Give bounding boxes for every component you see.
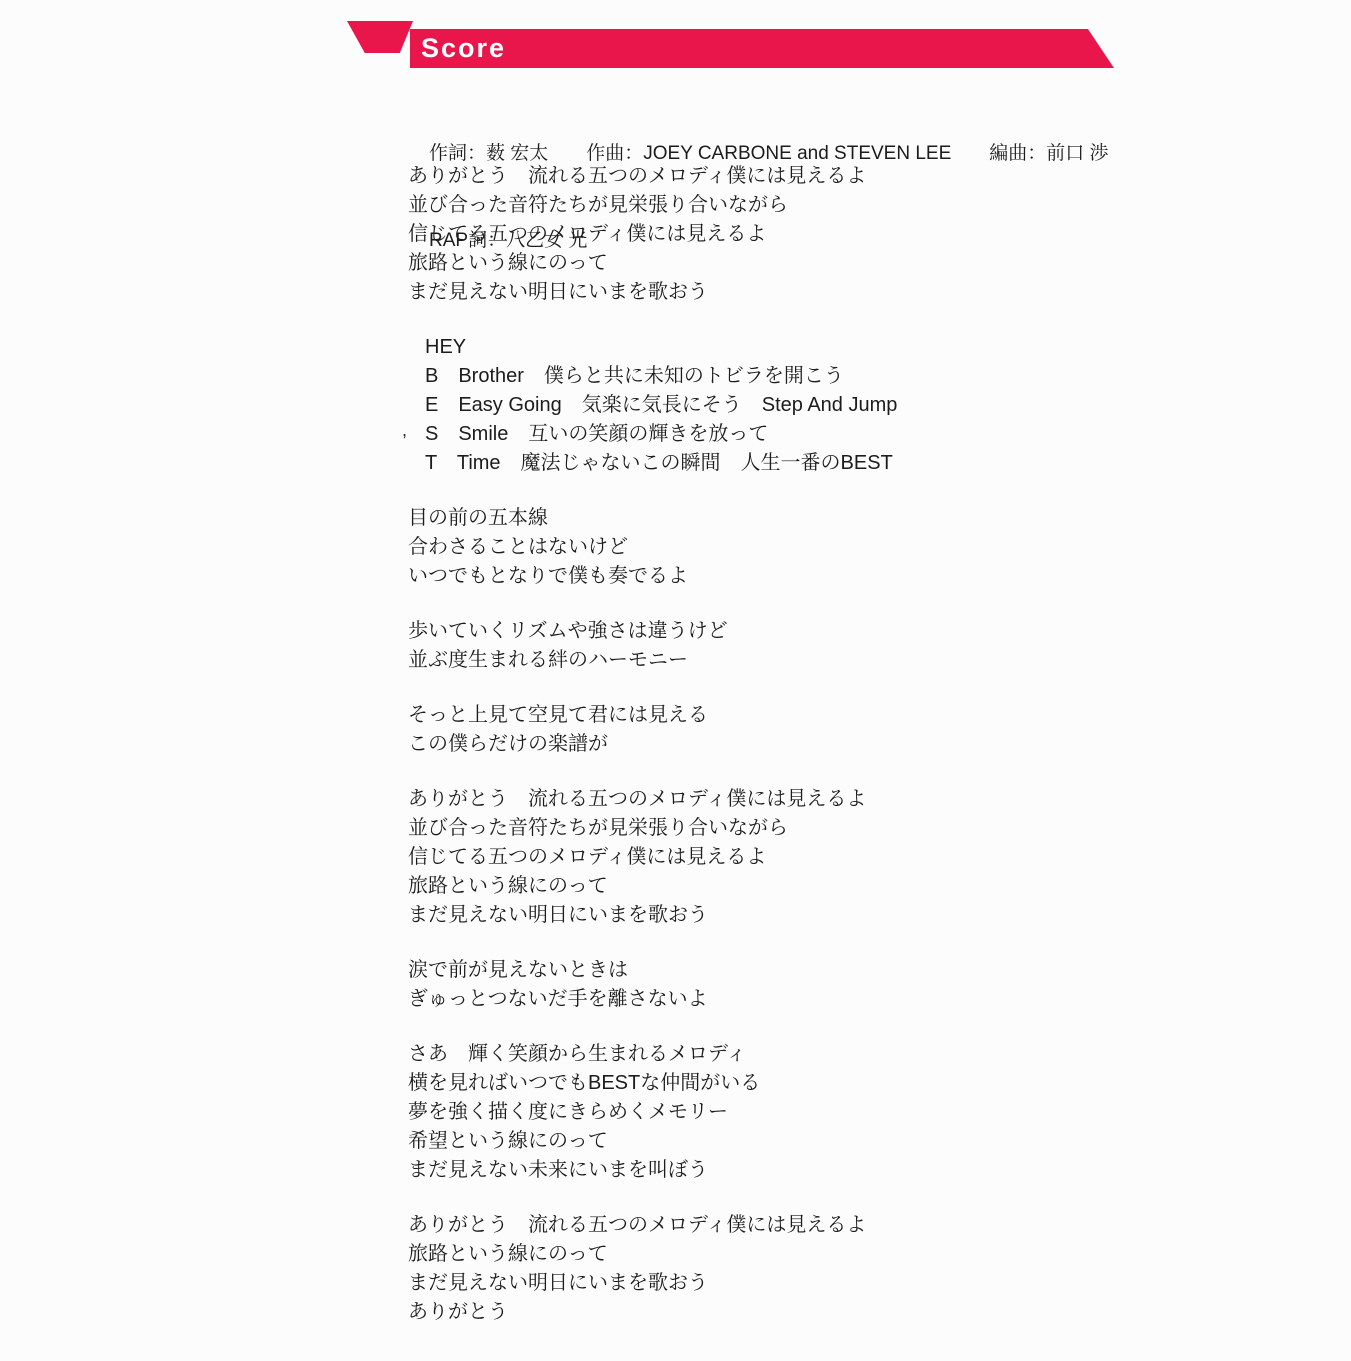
lyric-line: ありがとう 流れる五つのメロディ僕には見えるよ — [408, 785, 897, 814]
lyric-paragraph: ありがとう 流れる五つのメロディ僕には見えるよ旅路という線にのってまだ見えない明… — [408, 1211, 897, 1327]
lyric-line: B Brother 僕らと共に未知のトビラを開こう — [425, 362, 897, 391]
lyric-line: E Easy Going 気楽に気長にそう Step And Jump — [425, 391, 897, 420]
lyric-line: 横を見ればいつでもBESTな仲間がいる — [408, 1069, 897, 1098]
lyric-line: T Time 魔法じゃないこの瞬間 人生一番のBEST — [425, 449, 897, 478]
lyric-paragraph: HEYB Brother 僕らと共に未知のトビラを開こうE Easy Going… — [408, 333, 897, 478]
lyric-line: 涙で前が見えないときは — [408, 956, 897, 985]
lyric-line: 夢を強く描く度にきらめくメモリー — [408, 1098, 897, 1127]
lyric-line: 目の前の五本線 — [408, 504, 897, 533]
lyric-line: まだ見えない明日にいまを歌おう — [408, 901, 897, 930]
lyric-line: ありがとう 流れる五つのメロディ僕には見えるよ — [408, 1211, 897, 1240]
lyric-paragraph: ありがとう 流れる五つのメロディ僕には見えるよ並び合った音符たちが見栄張り合いな… — [408, 162, 897, 307]
lyric-paragraph: 涙で前が見えないときはぎゅっとつないだ手を離さないよ — [408, 956, 897, 1014]
lyric-paragraph: 目の前の五本線合わさることはないけどいつでもとなりで僕も奏でるよ — [408, 504, 897, 591]
lyric-line: ありがとう 流れる五つのメロディ僕には見えるよ — [408, 162, 897, 191]
lyric-line: まだ見えない明日にいまを歌おう — [408, 278, 897, 307]
banner-flag-ribbon — [347, 21, 413, 53]
lyric-line: いつでもとなりで僕も奏でるよ — [408, 562, 897, 591]
lyric-paragraph: 歩いていくリズムや強さは違うけど並ぶ度生まれる絆のハーモニー — [408, 617, 897, 675]
lyric-paragraph: そっと上見て空見て君には見えるこの僕らだけの楽譜が — [408, 701, 897, 759]
lyric-line: そっと上見て空見て君には見える — [408, 701, 897, 730]
lyric-line: 歩いていくリズムや強さは違うけど — [408, 617, 897, 646]
lyric-line: この僕らだけの楽譜が — [408, 730, 897, 759]
lyric-line: 並ぶ度生まれる絆のハーモニー — [408, 646, 897, 675]
lyric-line: 旅路という線にのって — [408, 872, 897, 901]
lyric-line: さあ 輝く笑顔から生まれるメロディ — [408, 1040, 897, 1069]
lyric-line: まだ見えない明日にいまを歌おう — [408, 1269, 897, 1298]
lyric-line: 希望という線にのって — [408, 1127, 897, 1156]
banner-bar: Score — [410, 29, 1114, 68]
lyrics: ありがとう 流れる五つのメロディ僕には見えるよ並び合った音符たちが見栄張り合いな… — [408, 162, 897, 1353]
lyric-line: S Smile 互いの笑顔の輝きを放って — [425, 420, 897, 449]
lyric-line: 並び合った音符たちが見栄張り合いながら — [408, 814, 897, 843]
page-title: Score — [410, 29, 506, 68]
lyric-line: まだ見えない未来にいまを叫ぼう — [408, 1156, 897, 1185]
lyric-line: HEY — [425, 333, 897, 362]
lyric-line: 並び合った音符たちが見栄張り合いながら — [408, 191, 897, 220]
lyric-line: ありがとう — [408, 1298, 897, 1327]
scan-artifact-mark: , — [402, 420, 407, 441]
lyric-line: 信じてる五つのメロディ僕には見えるよ — [408, 843, 897, 872]
lyric-line: ぎゅっとつないだ手を離さないよ — [408, 985, 897, 1014]
lyric-line: 旅路という線にのって — [408, 1240, 897, 1269]
lyric-paragraph: ありがとう 流れる五つのメロディ僕には見えるよ並び合った音符たちが見栄張り合いな… — [408, 785, 897, 930]
lyric-line: 旅路という線にのって — [408, 249, 897, 278]
lyric-paragraph: さあ 輝く笑顔から生まれるメロディ横を見ればいつでもBESTな仲間がいる夢を強く… — [408, 1040, 897, 1185]
lyric-line: 合わさることはないけど — [408, 533, 897, 562]
lyric-line: 信じてる五つのメロディ僕には見えるよ — [408, 220, 897, 249]
